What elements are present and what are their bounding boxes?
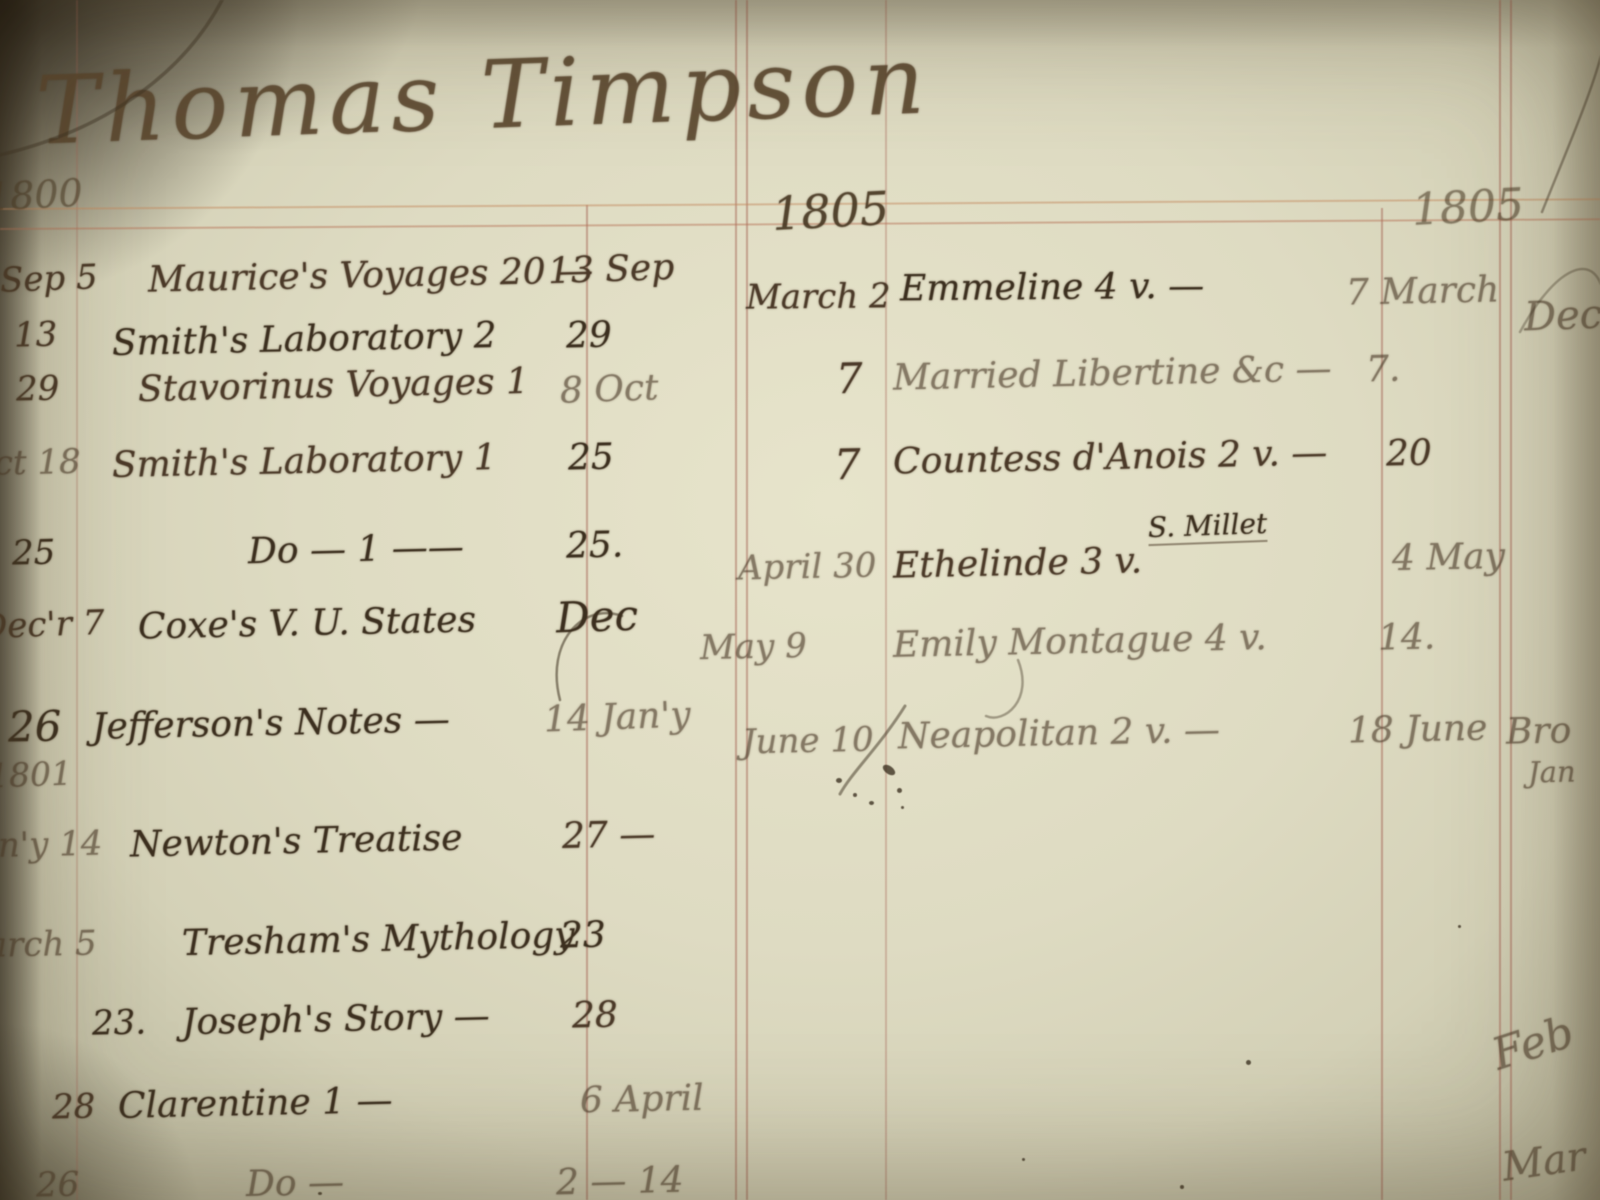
pen-flourishes <box>0 0 1600 1200</box>
ink-speck <box>1458 925 1461 928</box>
ink-speck <box>1180 1185 1184 1189</box>
ink-speck <box>853 793 857 797</box>
ledger-photo: Thomas Timpson 1800 1801 Sep 5 Maurice's… <box>0 0 1600 1200</box>
ink-layer: Thomas Timpson 1800 1801 Sep 5 Maurice's… <box>0 0 1600 1200</box>
ink-speck <box>836 778 842 783</box>
ink-speck <box>897 788 902 793</box>
ink-speck <box>1022 1158 1025 1161</box>
ink-speck <box>1246 1060 1251 1065</box>
ink-speck <box>901 806 904 809</box>
ink-speck <box>869 801 874 805</box>
ink-speck <box>318 1192 322 1195</box>
